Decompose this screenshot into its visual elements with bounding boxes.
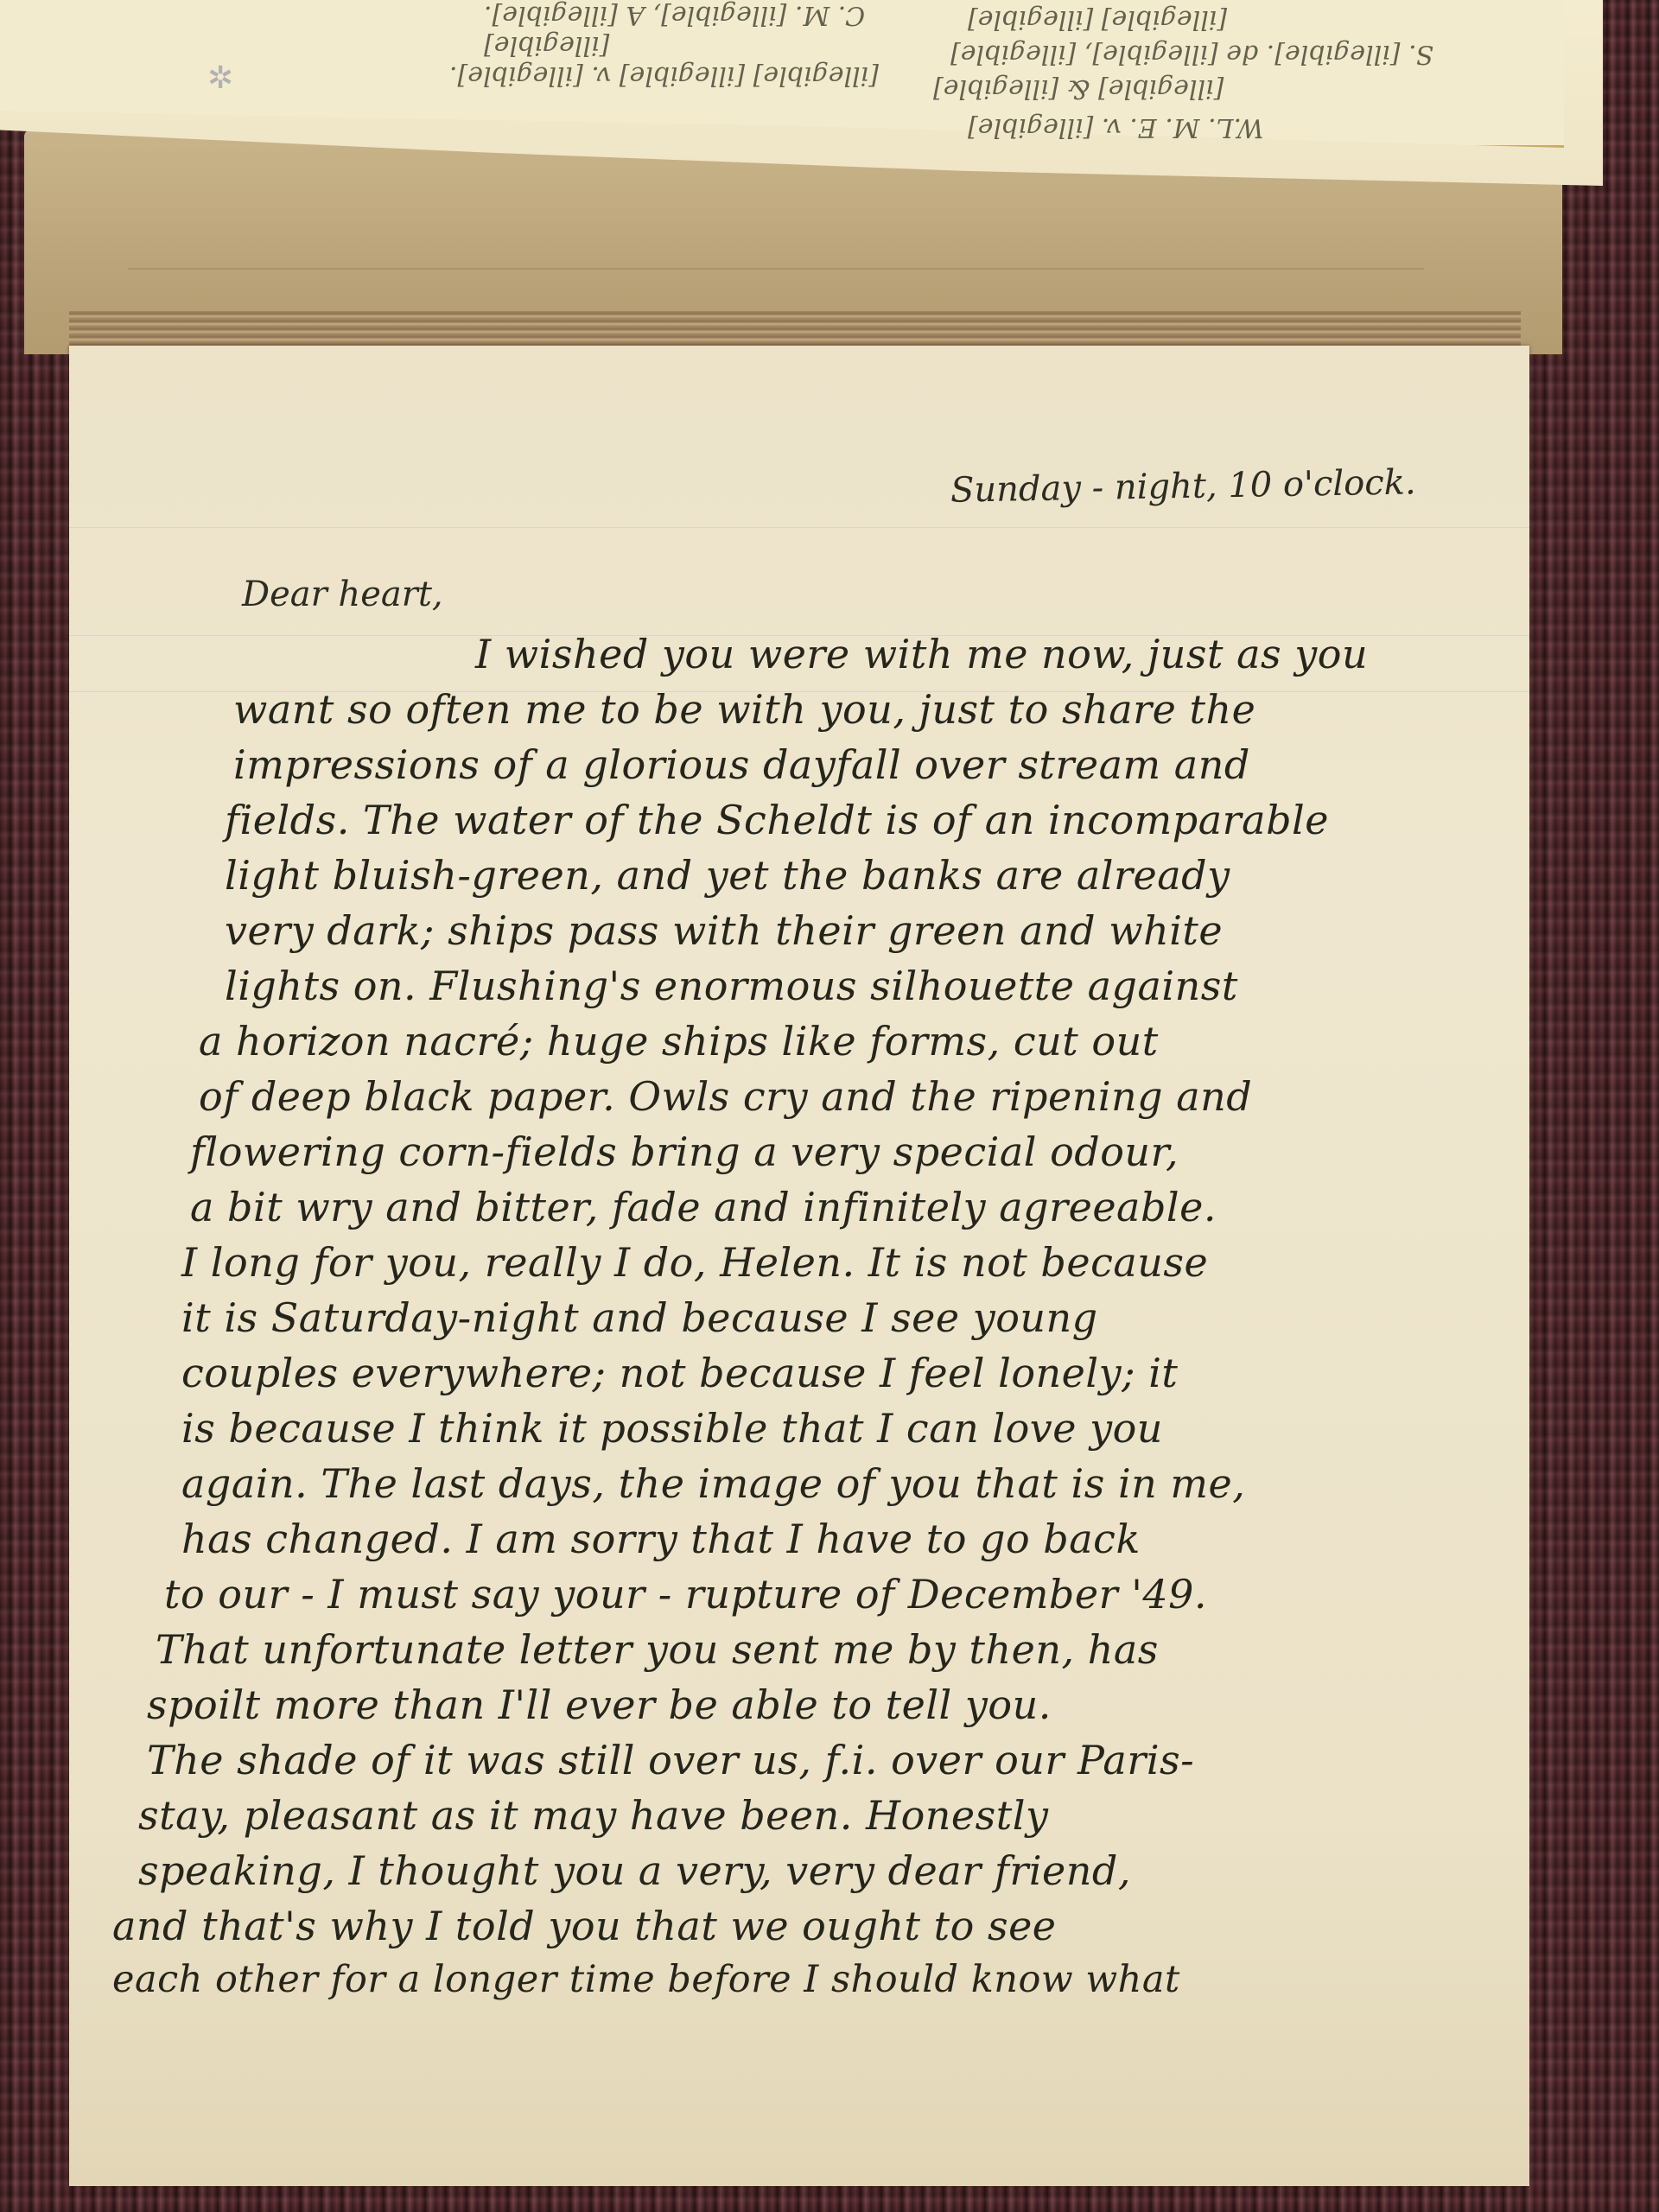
- letter-line: light bluish-green, and yet the banks ar…: [225, 852, 1230, 899]
- letter-line: stay, pleasant as it may have been. Hone…: [138, 1792, 1048, 1839]
- letter-line: it is Saturday-night and because I see y…: [181, 1294, 1098, 1341]
- letter-line: I long for you, really I do, Helen. It i…: [181, 1239, 1208, 1286]
- upside-line: W.L. M. E. v. [illegible]: [968, 112, 1264, 143]
- letter-line: each other for a longer time before I sh…: [112, 1958, 1180, 2001]
- letter-date: Sunday - night, 10 o'clock.: [950, 462, 1416, 510]
- notepad-binding: [69, 311, 1521, 350]
- letter-line: a horizon nacré; huge ships like forms, …: [199, 1018, 1159, 1065]
- upside-line: [illegible]: [484, 30, 609, 60]
- letter-line: lights on. Flushing's enormous silhouett…: [225, 963, 1238, 1009]
- letter-line: has changed. I am sorry that I have to g…: [181, 1516, 1141, 1562]
- ruled-line: [69, 527, 1529, 528]
- stamp-icon: ✲: [207, 60, 242, 95]
- letter-line: The shade of it was still over us, f.i. …: [147, 1737, 1194, 1783]
- letter-line: speaking, I thought you a very, very dea…: [138, 1847, 1131, 1894]
- letter-salutation: Dear heart,: [242, 575, 443, 614]
- letter-page: Sunday - night, 10 o'clock. Dear heart, …: [69, 346, 1529, 2186]
- letter-line: I wished you were with me now, just as y…: [475, 631, 1368, 677]
- letter-line: flowering corn-fields bring a very speci…: [190, 1128, 1179, 1175]
- upside-line: [illegible] [illegible] v. [illegible].: [449, 60, 879, 91]
- letter-line: couples everywhere; not because I feel l…: [181, 1350, 1178, 1396]
- letter-line: and that's why I told you that we ought …: [112, 1903, 1057, 1949]
- letter-line: That unfortunate letter you sent me by t…: [156, 1626, 1159, 1673]
- upside-line: S. [illegible]. de [illegible], [illegib…: [950, 39, 1433, 69]
- letter-line: to our - I must say your - rupture of De…: [164, 1571, 1207, 1618]
- letter-line: very dark; ships pass with their green a…: [225, 907, 1223, 954]
- faded-writing: [128, 268, 1424, 270]
- upside-line: [illegible] & [illegible]: [933, 73, 1224, 104]
- letter-line: a bit wry and bitter, fade and infinitel…: [190, 1184, 1217, 1230]
- letter-line: fields. The water of the Scheldt is of a…: [225, 797, 1329, 843]
- letter-line: spoilt more than I'll ever be able to te…: [147, 1681, 1052, 1728]
- letter-line: of deep black paper. Owls cry and the ri…: [199, 1073, 1252, 1120]
- upside-line: [illegible] [illegible]: [968, 4, 1227, 35]
- letter-line: want so often me to be with you, just to…: [233, 686, 1255, 733]
- upside-line: C. M. [illegible], A [illegible].: [484, 0, 865, 30]
- letter-line: impressions of a glorious dayfall over s…: [233, 741, 1250, 788]
- letter-line: is because I think it possible that I ca…: [181, 1405, 1163, 1452]
- letter-line: again. The last days, the image of you t…: [181, 1460, 1245, 1507]
